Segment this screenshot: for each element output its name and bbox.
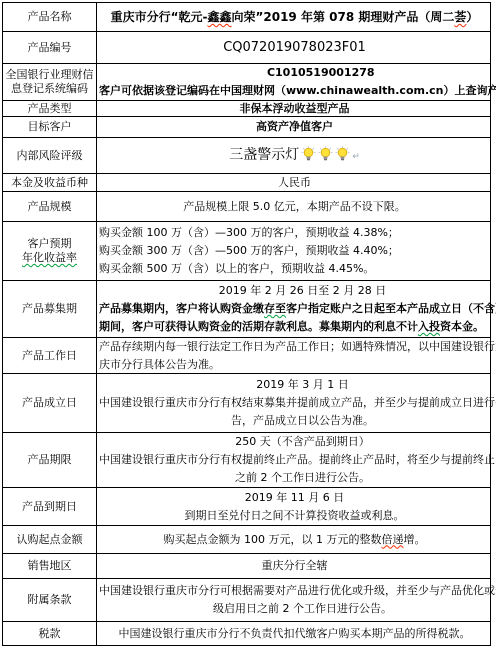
text-segment: 中国建设银行重庆市分行有权结束募集并提前成立产品，并至少与提前成立日进行公 [99, 396, 496, 409]
text-segment: 中国建设银行重庆市分行可根据需要对产品进行优化或升级，并至少与产品优化或升 [99, 584, 496, 597]
text-segment: 倍递 [381, 533, 403, 546]
paragraph-mark: ↵ [352, 152, 360, 162]
text-segment: ） [466, 10, 478, 24]
text-segment: 产品期限 [28, 453, 72, 466]
text-segment: 产品工作日 [22, 349, 77, 362]
row-label-line: 内部风险评级 [17, 149, 83, 163]
row-value-line: 到期日至兑付日之间不计算投资收益或利息。 [99, 507, 490, 525]
row-value-line: 2019 年 2 月 26 日至 2 月 28 日 [99, 282, 496, 300]
row-value-line: 中国建设银行重庆市分行不负责代扣代缴客户购买本期产品的所得税款。 [99, 625, 490, 643]
row-value-line: 购买金额 500 万（含）以上的客户，预期收益 4.45%。 [99, 260, 490, 278]
value-cell-product-scale: 产品规模上限 5.0 亿元，本期产品不设下限。 [97, 192, 490, 221]
row-label-line: 目标客户 [28, 120, 72, 134]
row-value-line: 人民币 [99, 174, 490, 192]
label-cell-currency: 本金及收益币种 [3, 174, 97, 191]
table-row-additional-terms: 附属条款中国建设银行重庆市分行可根据需要对产品进行优化或升级，并至少与产品优化或… [3, 579, 490, 622]
value-cell-establishment-date: 2019 年 3 月 1 日中国建设银行重庆市分行有权结束募集并提前成立产品，并… [97, 374, 496, 432]
value-cell-internal-risk-rating: 三盏警示灯↵ [97, 138, 490, 173]
row-label-line: 销售地区 [28, 559, 72, 573]
text-segment: 产品编号 [28, 41, 72, 54]
label-cell-establishment-date: 产品成立日 [3, 374, 97, 432]
table-row-minimum-subscription: 认购起点金额购买起点金额为 100 万元，以 1 万元的整数倍递增。 [3, 526, 490, 554]
text-segment: 税款 [39, 627, 61, 640]
text-segment: 资本金。 [440, 320, 484, 333]
value-cell-product-workday: 产品存续期内每一银行法定工作日为产品工作日；如遇特殊情况，以中国建设银行重庆市分… [97, 338, 496, 373]
text-segment: 250 天（不含产品到期日） [235, 435, 370, 448]
label-cell-fundraising-period: 产品募集期 [3, 281, 97, 337]
row-label-line: 产品规模 [28, 200, 72, 214]
text-segment: 购买起点金额为 100 万元，以 1 万元的整数 [164, 533, 382, 546]
text-segment: 向荣”2019 年第 078 期理财产品（周二 [231, 10, 454, 24]
table-row-maturity-date: 产品到期日2019 年 11 月 6 日到期日至兑付日之间不计算投资收益或利息。 [3, 488, 490, 526]
text-segment: 附属条款 [28, 593, 72, 606]
label-cell-expected-annual-yield: 客户预期年化收益率 [3, 222, 97, 280]
label-cell-product-workday: 产品工作日 [3, 338, 97, 373]
text-segment: 到期日至兑付日之间不计算投资收益或利息。 [185, 509, 405, 522]
row-value-line: 庆市分行具体公告为准。 [99, 356, 496, 374]
label-cell-product-name: 产品名称 [3, 3, 97, 31]
row-value-line: 告，产品成立日以公告为准。 [99, 412, 496, 430]
label-cell-registration-code: 全国银行业理财信息登记系统编码 [3, 64, 97, 100]
text-segment: 客户预期 [28, 237, 72, 250]
text-segment: 2019 年 11 月 6 日 [245, 491, 344, 504]
row-label-line: 产品期限 [28, 453, 72, 467]
value-cell-currency: 人民币 [97, 174, 490, 191]
value-cell-sales-region: 重庆分行全辖 [97, 554, 490, 578]
row-value-line: 期间，客户可获得认购资金的活期存款利息。募集期内的利息不计入投资本金。 [99, 318, 496, 336]
row-value-line: 重庆分行全辖 [99, 557, 490, 575]
text-segment: 告，产品成立日以公告为准。 [231, 414, 374, 427]
label-cell-maturity-date: 产品到期日 [3, 488, 97, 525]
row-value-line: 之前 2 个工作日进行公告。 [99, 469, 496, 487]
text-segment: 产品募集期 [22, 302, 77, 315]
text-segment: 年化收益率 [22, 251, 77, 264]
row-label-line: 产品类型 [28, 102, 72, 116]
text-segment: 级启用日之前 2 个工作日进行公告。 [213, 602, 392, 615]
label-cell-sales-region: 销售地区 [3, 554, 97, 578]
label-cell-product-term: 产品期限 [3, 433, 97, 487]
value-cell-tax: 中国建设银行重庆市分行不负责代扣代缴客户购买本期产品的所得税款。 [97, 622, 490, 645]
text-segment: 产品到期日 [22, 500, 77, 513]
text-segment: 增。 [403, 533, 425, 546]
text-segment: 中国建设银行重庆市分行有权提前终止产品。提前终止产品时，将至少与提前终止日 [99, 453, 496, 466]
row-label-line: 认购起点金额 [17, 533, 83, 547]
row-label-line: 年化收益率 [22, 251, 77, 265]
text-segment: 内部风险评级 [17, 149, 83, 162]
text-segment: 认购起点金额 [17, 533, 83, 546]
value-cell-target-customer: 高资产净值客户 [97, 117, 490, 137]
row-value-line: 产品存续期内每一银行法定工作日为产品工作日；如遇特殊情况，以中国建设银行重 [99, 338, 496, 356]
text-segment: 之前 2 个工作日进行公告。 [235, 471, 370, 484]
value-cell-registration-code: C1010519001278客户可依据该登记编码在中国理财网（www.china… [97, 64, 496, 100]
label-cell-internal-risk-rating: 内部风险评级 [3, 138, 97, 173]
text-segment: 本金及收益币种 [11, 176, 88, 189]
text-segment: 产品名称 [28, 10, 72, 23]
row-label-line: 客户预期 [28, 237, 72, 251]
table-row-product-scale: 产品规模产品规模上限 5.0 亿元，本期产品不设下限。 [3, 192, 490, 222]
text-segment: 庆市分行具体公告为准。 [99, 358, 220, 371]
row-label-line: 产品成立日 [22, 396, 77, 410]
row-value-line: 级启用日之前 2 个工作日进行公告。 [99, 600, 496, 618]
lightbulb-icon [301, 146, 316, 162]
value-cell-maturity-date: 2019 年 11 月 6 日到期日至兑付日之间不计算投资收益或利息。 [97, 488, 490, 525]
text-segment: 销售地区 [28, 559, 72, 572]
text-segment: 存至 [264, 302, 286, 315]
label-cell-additional-terms: 附属条款 [3, 579, 97, 621]
text-segment: 购买金额 100 万（含）—300 万的客户，预期收益 4.38%； [99, 226, 399, 239]
text-segment: 产品规模上限 5.0 亿元，本期产品不设下限。 [183, 200, 406, 213]
value-cell-fundraising-period: 2019 年 2 月 26 日至 2 月 28 日产品募集期内，客户将认购资金缴… [97, 281, 496, 337]
lightbulb-icon [318, 146, 333, 162]
table-row-product-name: 产品名称重庆市分行“乾元-鑫鑫向荣”2019 年第 078 期理财产品（周二荟） [3, 3, 490, 32]
text-segment: 重庆分行全辖 [262, 559, 328, 572]
table-row-tax: 税款中国建设银行重庆市分行不负责代扣代缴客户购买本期产品的所得税款。 [3, 622, 490, 645]
table-row-product-term: 产品期限250 天（不含产品到期日）中国建设银行重庆市分行有权提前终止产品。提前… [3, 433, 490, 488]
label-cell-product-code: 产品编号 [3, 32, 97, 63]
text-segment: 重庆市分行“乾元- [111, 10, 208, 24]
table-row-registration-code: 全国银行业理财信息登记系统编码C1010519001278客户可依据该登记编码在… [3, 64, 490, 101]
text-segment: 产品类型 [28, 102, 72, 115]
value-cell-product-code: CQ072019078023F01 [97, 32, 490, 63]
text-segment: 荟 [454, 10, 466, 24]
text-segment: C1010519001278 [267, 66, 375, 79]
text-segment: 目标客户 [28, 120, 72, 133]
row-value-line: 产品规模上限 5.0 亿元，本期产品不设下限。 [99, 198, 490, 216]
text-segment: 鑫鑫 [207, 10, 231, 24]
row-value-line: 产品募集期内，客户将认购资金缴存至客户指定账户之日起至本产品成立日（不含） [99, 300, 496, 318]
table-row-currency: 本金及收益币种人民币 [3, 174, 490, 192]
value-cell-minimum-subscription: 购买起点金额为 100 万元，以 1 万元的整数倍递增。 [97, 526, 490, 553]
text-segment: 全国银行业理财信 [6, 68, 94, 81]
row-value-line: C1010519001278 [99, 64, 496, 82]
text-segment: CQ072019078023F01 [223, 40, 366, 55]
row-value-line: 购买金额 100 万（含）—300 万的客户，预期收益 4.38%； [99, 224, 490, 242]
text-segment: 三盏警示灯 [229, 147, 299, 163]
value-cell-expected-annual-yield: 购买金额 100 万（含）—300 万的客户，预期收益 4.38%；购买金额 3… [97, 222, 490, 280]
table-row-product-workday: 产品工作日产品存续期内每一银行法定工作日为产品工作日；如遇特殊情况，以中国建设银… [3, 338, 490, 374]
row-label-line: 产品到期日 [22, 500, 77, 514]
row-label-line: 息登记系统编码 [11, 82, 88, 96]
table-row-product-type: 产品类型非保本浮动收益型产品 [3, 101, 490, 117]
row-value-line: 2019 年 3 月 1 日 [99, 376, 496, 394]
table-row-expected-annual-yield: 客户预期年化收益率购买金额 100 万（含）—300 万的客户，预期收益 4.3… [3, 222, 490, 281]
row-label-line: 产品工作日 [22, 349, 77, 363]
value-cell-product-name: 重庆市分行“乾元-鑫鑫向荣”2019 年第 078 期理财产品（周二荟） [97, 3, 490, 31]
text-segment: 非保本浮动收益型产品 [240, 102, 350, 115]
row-value-line: 重庆市分行“乾元-鑫鑫向荣”2019 年第 078 期理财产品（周二荟） [99, 8, 490, 26]
text-segment: 购买金额 300 万（含）—500 万的客户，预期收益 4.40%； [99, 244, 399, 257]
table-row-sales-region: 销售地区重庆分行全辖 [3, 554, 490, 579]
row-value-line: 客户可依据该登记编码在中国理财网（www.chinawealth.com.cn）… [99, 82, 496, 100]
row-label-line: 全国银行业理财信 [6, 68, 94, 82]
text-segment: 产品存续期内每一银行法定工作日为产品工作日；如遇特殊情况，以中国建设银行重 [99, 340, 496, 353]
table-row-establishment-date: 产品成立日2019 年 3 月 1 日中国建设银行重庆市分行有权结束募集并提前成… [3, 374, 490, 433]
text-segment: 购买金额 500 万（含）以上的客户，预期收益 4.45%。 [99, 262, 374, 275]
value-cell-product-type: 非保本浮动收益型产品 [97, 101, 490, 116]
text-segment: 入投 [418, 320, 440, 333]
label-cell-target-customer: 目标客户 [3, 117, 97, 137]
row-label-line: 附属条款 [28, 593, 72, 607]
text-segment: 中国建设银行重庆市分行不负责代扣代缴客户购买本期产品的所得税款。 [119, 627, 471, 640]
table-row-target-customer: 目标客户高资产净值客户 [3, 117, 490, 138]
row-label-line: 产品募集期 [22, 302, 77, 316]
text-segment: 产品成立日 [22, 396, 77, 409]
row-value-line: 购买起点金额为 100 万元，以 1 万元的整数倍递增。 [99, 531, 490, 549]
product-info-table: 产品名称重庆市分行“乾元-鑫鑫向荣”2019 年第 078 期理财产品（周二荟）… [2, 2, 491, 646]
row-label-line: 税款 [39, 627, 61, 641]
text-segment: 人民币 [278, 176, 311, 189]
row-value-line: 购买金额 300 万（含）—500 万的客户，预期收益 4.40%； [99, 242, 490, 260]
label-cell-product-scale: 产品规模 [3, 192, 97, 221]
text-segment: 2019 年 3 月 1 日 [256, 378, 348, 391]
row-value-line: 非保本浮动收益型产品 [99, 100, 490, 118]
text-segment: 产品规模 [28, 200, 72, 213]
row-label-line: 产品名称 [28, 10, 72, 24]
row-value-line: 三盏警示灯↵ [99, 146, 490, 166]
text-segment: 息登记系统编码 [11, 82, 88, 95]
row-value-line: 2019 年 11 月 6 日 [99, 489, 490, 507]
text-segment: 高资产净值客户 [256, 120, 333, 133]
text-segment: 期间，客户可获得认购资金的活期存款利息。募集期内的利息不计 [99, 320, 418, 333]
row-label-line: 产品编号 [28, 41, 72, 55]
row-value-line: 中国建设银行重庆市分行可根据需要对产品进行优化或升级，并至少与产品优化或升 [99, 582, 496, 600]
table-row-fundraising-period: 产品募集期2019 年 2 月 26 日至 2 月 28 日产品募集期内，客户将… [3, 281, 490, 338]
text-segment: 客户可依据该登记编码在中国理财网（www.chinawealth.com.cn）… [99, 84, 496, 97]
page: { "colors": { "border": "#000000", "text… [0, 0, 496, 646]
row-value-line: CQ072019078023F01 [99, 39, 490, 57]
label-cell-tax: 税款 [3, 622, 97, 645]
row-value-line: 中国建设银行重庆市分行有权提前终止产品。提前终止产品时，将至少与提前终止日 [99, 451, 496, 469]
value-cell-additional-terms: 中国建设银行重庆市分行可根据需要对产品进行优化或升级，并至少与产品优化或升级启用… [97, 579, 496, 621]
text-segment: 产品募集期内，客户将认购资金缴 [99, 302, 264, 315]
row-value-line: 高资产净值客户 [99, 118, 490, 136]
table-row-product-code: 产品编号CQ072019078023F01 [3, 32, 490, 64]
row-label-line: 本金及收益币种 [11, 176, 88, 190]
value-cell-product-term: 250 天（不含产品到期日）中国建设银行重庆市分行有权提前终止产品。提前终止产品… [97, 433, 496, 487]
text-segment: 2019 年 2 月 26 日至 2 月 28 日 [219, 284, 386, 297]
row-value-line: 250 天（不含产品到期日） [99, 433, 496, 451]
lightbulb-icon [335, 146, 350, 162]
table-row-internal-risk-rating: 内部风险评级三盏警示灯↵ [3, 138, 490, 174]
label-cell-minimum-subscription: 认购起点金额 [3, 526, 97, 553]
label-cell-product-type: 产品类型 [3, 101, 97, 116]
row-value-line: 中国建设银行重庆市分行有权结束募集并提前成立产品，并至少与提前成立日进行公 [99, 394, 496, 412]
text-segment: 客户指定账户之日起至本产品成立日（不含） [286, 302, 496, 315]
